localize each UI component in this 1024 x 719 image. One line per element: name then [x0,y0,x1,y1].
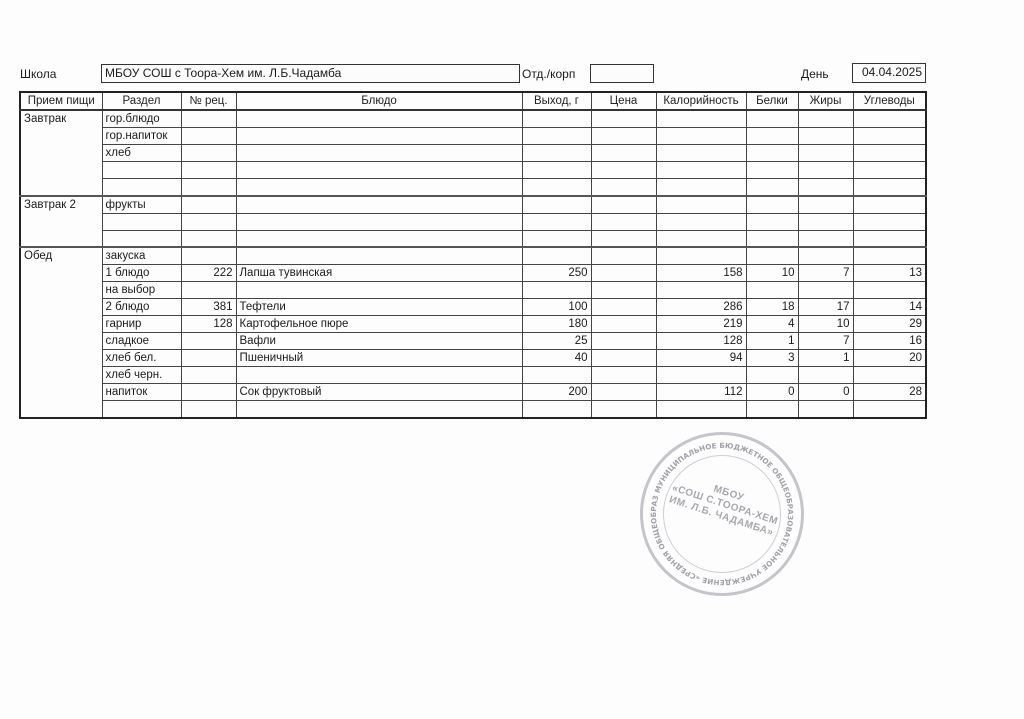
price-cell[interactable] [591,401,656,418]
dish-cell[interactable]: Сок фруктовый [236,384,522,401]
carbs-cell[interactable]: 13 [853,265,926,282]
fat-cell[interactable] [798,179,853,196]
carbs-cell[interactable] [853,213,926,230]
section-cell[interactable]: закуска [102,247,181,265]
col-header-section: Раздел [102,92,181,110]
dish-cell[interactable]: Тефтели [236,299,522,316]
dish-cell[interactable] [236,213,522,230]
table-row [20,213,926,230]
fat-cell[interactable]: 7 [798,333,853,350]
weight-cell[interactable] [522,282,591,299]
weight-cell[interactable] [522,179,591,196]
section-cell[interactable]: хлеб черн. [102,367,181,384]
protein-cell[interactable]: 10 [746,265,798,282]
carbs-cell[interactable]: 16 [853,333,926,350]
calories-cell[interactable] [656,213,746,230]
fat-cell[interactable]: 7 [798,265,853,282]
section-cell[interactable] [102,401,181,418]
dish-cell[interactable] [236,162,522,179]
protein-cell[interactable] [746,367,798,384]
protein-cell[interactable] [746,196,798,214]
recipe-cell[interactable] [181,333,236,350]
section-cell[interactable]: гарнир [102,316,181,333]
protein-cell[interactable]: 3 [746,350,798,367]
fat-cell[interactable] [798,367,853,384]
fat-cell[interactable] [798,230,853,247]
calories-cell[interactable] [656,401,746,418]
calories-cell[interactable] [656,110,746,128]
col-header-meal: Прием пищи [20,92,102,110]
calories-cell[interactable] [656,145,746,162]
protein-cell[interactable] [746,162,798,179]
fat-cell[interactable] [798,282,853,299]
calories-cell[interactable]: 219 [656,316,746,333]
meal-name-cell: Обед [20,247,102,418]
price-cell[interactable] [591,316,656,333]
table-row: хлеб черн. [20,367,926,384]
meal-name-cell: Завтрак [20,110,102,196]
table-row: хлеб [20,145,926,162]
weight-cell[interactable] [522,213,591,230]
col-header-recipe: № рец. [181,92,236,110]
weight-cell[interactable]: 180 [522,316,591,333]
recipe-cell[interactable] [181,196,236,214]
protein-cell[interactable] [746,110,798,128]
recipe-cell[interactable] [181,350,236,367]
price-cell[interactable] [591,299,656,316]
col-header-price: Цена [591,92,656,110]
calories-cell[interactable] [656,230,746,247]
weight-cell[interactable] [522,110,591,128]
carbs-cell[interactable] [853,247,926,265]
weight-cell[interactable] [522,230,591,247]
table-row [20,401,926,418]
calories-cell[interactable] [656,162,746,179]
protein-cell[interactable] [746,145,798,162]
table-body: Завтракгор.блюдогор.напитокхлебЗавтрак 2… [20,110,926,418]
table-row: Завтрак 2фрукты [20,196,926,214]
price-cell[interactable] [591,350,656,367]
recipe-cell[interactable] [181,162,236,179]
day-label: День [801,66,829,82]
table-row: хлеб бел.Пшеничный40943120 [20,350,926,367]
price-cell[interactable] [591,145,656,162]
protein-cell[interactable] [746,247,798,265]
section-cell[interactable]: гор.блюдо [102,110,181,128]
dish-cell[interactable] [236,196,522,214]
price-cell[interactable] [591,213,656,230]
protein-cell[interactable]: 1 [746,333,798,350]
day-field[interactable]: 04.04.2025 [852,63,926,83]
dish-cell[interactable] [236,179,522,196]
recipe-cell[interactable] [181,247,236,265]
protein-cell[interactable] [746,213,798,230]
calories-cell[interactable]: 128 [656,333,746,350]
weight-cell[interactable]: 40 [522,350,591,367]
carbs-cell[interactable] [853,145,926,162]
department-field[interactable] [590,64,654,83]
price-cell[interactable] [591,384,656,401]
dish-cell[interactable] [236,110,522,128]
col-header-dish: Блюдо [236,92,522,110]
dish-cell[interactable] [236,401,522,418]
protein-cell[interactable]: 0 [746,384,798,401]
weight-cell[interactable] [522,401,591,418]
recipe-cell[interactable]: 381 [181,299,236,316]
fat-cell[interactable] [798,162,853,179]
recipe-cell[interactable] [181,367,236,384]
dish-cell[interactable] [236,367,522,384]
table-row: гор.напиток [20,128,926,145]
official-stamp: МУНИЦИПАЛЬНОЕ БЮДЖЕТНОЕ ОБЩЕОБРАЗОВАТЕЛЬ… [619,411,826,618]
dish-cell[interactable] [236,145,522,162]
table-row [20,230,926,247]
calories-cell[interactable] [656,179,746,196]
calories-cell[interactable] [656,282,746,299]
recipe-cell[interactable] [181,282,236,299]
dish-cell[interactable] [236,282,522,299]
table-row: сладкоеВафли251281716 [20,333,926,350]
carbs-cell[interactable] [853,367,926,384]
col-header-protein: Белки [746,92,798,110]
protein-cell[interactable]: 4 [746,316,798,333]
protein-cell[interactable] [746,230,798,247]
carbs-cell[interactable] [853,110,926,128]
carbs-cell[interactable] [853,128,926,145]
section-cell[interactable]: на выбор [102,282,181,299]
fat-cell[interactable] [798,196,853,214]
recipe-cell[interactable] [181,128,236,145]
calories-cell[interactable] [656,196,746,214]
price-cell[interactable] [591,333,656,350]
recipe-cell[interactable] [181,110,236,128]
weight-cell[interactable]: 100 [522,299,591,316]
weight-cell[interactable] [522,128,591,145]
section-cell[interactable]: гор.напиток [102,128,181,145]
section-cell[interactable] [102,213,181,230]
section-cell[interactable]: хлеб [102,145,181,162]
dish-cell[interactable]: Картофельное пюре [236,316,522,333]
dish-cell[interactable] [236,128,522,145]
table-row [20,162,926,179]
fat-cell[interactable] [798,128,853,145]
section-cell[interactable]: сладкое [102,333,181,350]
price-cell[interactable] [591,265,656,282]
fat-cell[interactable] [798,401,853,418]
school-label: Школа [20,66,56,82]
carbs-cell[interactable] [853,401,926,418]
weight-cell[interactable] [522,145,591,162]
section-cell[interactable] [102,179,181,196]
dish-cell[interactable]: Вафли [236,333,522,350]
table-row: Завтракгор.блюдо [20,110,926,128]
price-cell[interactable] [591,162,656,179]
table-row: на выбор [20,282,926,299]
meal-name-cell: Завтрак 2 [20,196,102,248]
protein-cell[interactable] [746,128,798,145]
department-label: Отд./корп [522,66,575,82]
weight-cell[interactable]: 250 [522,265,591,282]
recipe-cell[interactable] [181,230,236,247]
col-header-fat: Жиры [798,92,853,110]
carbs-cell[interactable] [853,282,926,299]
fat-cell[interactable] [798,110,853,128]
protein-cell[interactable] [746,282,798,299]
price-cell[interactable] [591,367,656,384]
recipe-cell[interactable] [181,401,236,418]
weight-cell[interactable] [522,247,591,265]
dish-cell[interactable] [236,247,522,265]
carbs-cell[interactable]: 29 [853,316,926,333]
price-cell[interactable] [591,247,656,265]
price-cell[interactable] [591,179,656,196]
price-cell[interactable] [591,282,656,299]
dish-cell[interactable] [236,230,522,247]
weight-cell[interactable] [522,196,591,214]
carbs-cell[interactable] [853,179,926,196]
fat-cell[interactable]: 10 [798,316,853,333]
fat-cell[interactable]: 0 [798,384,853,401]
fat-cell[interactable] [798,247,853,265]
table-row: напитокСок фруктовый2001120028 [20,384,926,401]
fat-cell[interactable]: 17 [798,299,853,316]
col-header-weight: Выход, г [522,92,591,110]
price-cell[interactable] [591,110,656,128]
protein-cell[interactable] [746,179,798,196]
price-cell[interactable] [591,230,656,247]
carbs-cell[interactable]: 14 [853,299,926,316]
table-row: 1 блюдо222Лапша тувинская25015810713 [20,265,926,282]
weight-cell[interactable]: 200 [522,384,591,401]
table-header-row: Прием пищи Раздел № рец. Блюдо Выход, г … [20,92,926,110]
price-cell[interactable] [591,196,656,214]
calories-cell[interactable] [656,247,746,265]
fat-cell[interactable] [798,145,853,162]
protein-cell[interactable] [746,401,798,418]
recipe-cell[interactable] [181,179,236,196]
section-cell[interactable]: напиток [102,384,181,401]
carbs-cell[interactable]: 28 [853,384,926,401]
fat-cell[interactable]: 1 [798,350,853,367]
table-row [20,179,926,196]
recipe-cell[interactable]: 222 [181,265,236,282]
weight-cell[interactable] [522,162,591,179]
calories-cell[interactable] [656,128,746,145]
dish-cell[interactable]: Пшеничный [236,350,522,367]
section-cell[interactable]: 1 блюдо [102,265,181,282]
section-cell[interactable]: хлеб бел. [102,350,181,367]
col-header-carbs: Углеводы [853,92,926,110]
section-cell[interactable]: фрукты [102,196,181,214]
fat-cell[interactable] [798,213,853,230]
col-header-calories: Калорийность [656,92,746,110]
recipe-cell[interactable]: 128 [181,316,236,333]
calories-cell[interactable] [656,367,746,384]
recipe-cell[interactable] [181,213,236,230]
recipe-cell[interactable] [181,145,236,162]
carbs-cell[interactable] [853,162,926,179]
recipe-cell[interactable] [181,384,236,401]
weight-cell[interactable]: 25 [522,333,591,350]
calories-cell[interactable]: 112 [656,384,746,401]
carbs-cell[interactable] [853,230,926,247]
section-cell[interactable]: 2 блюдо [102,299,181,316]
section-cell[interactable] [102,162,181,179]
dish-cell[interactable]: Лапша тувинская [236,265,522,282]
menu-table: Прием пищи Раздел № рец. Блюдо Выход, г … [19,91,927,419]
weight-cell[interactable] [522,367,591,384]
protein-cell[interactable]: 18 [746,299,798,316]
calories-cell[interactable]: 286 [656,299,746,316]
table-row: Обедзакуска [20,247,926,265]
calories-cell[interactable]: 158 [656,265,746,282]
table-row: гарнир128Картофельное пюре18021941029 [20,316,926,333]
calories-cell[interactable]: 94 [656,350,746,367]
carbs-cell[interactable] [853,196,926,214]
table-row: 2 блюдо381Тефтели100286181714 [20,299,926,316]
carbs-cell[interactable]: 20 [853,350,926,367]
section-cell[interactable] [102,230,181,247]
price-cell[interactable] [591,128,656,145]
school-field[interactable]: МБОУ СОШ с Тоора-Хем им. Л.Б.Чадамба [101,64,520,83]
